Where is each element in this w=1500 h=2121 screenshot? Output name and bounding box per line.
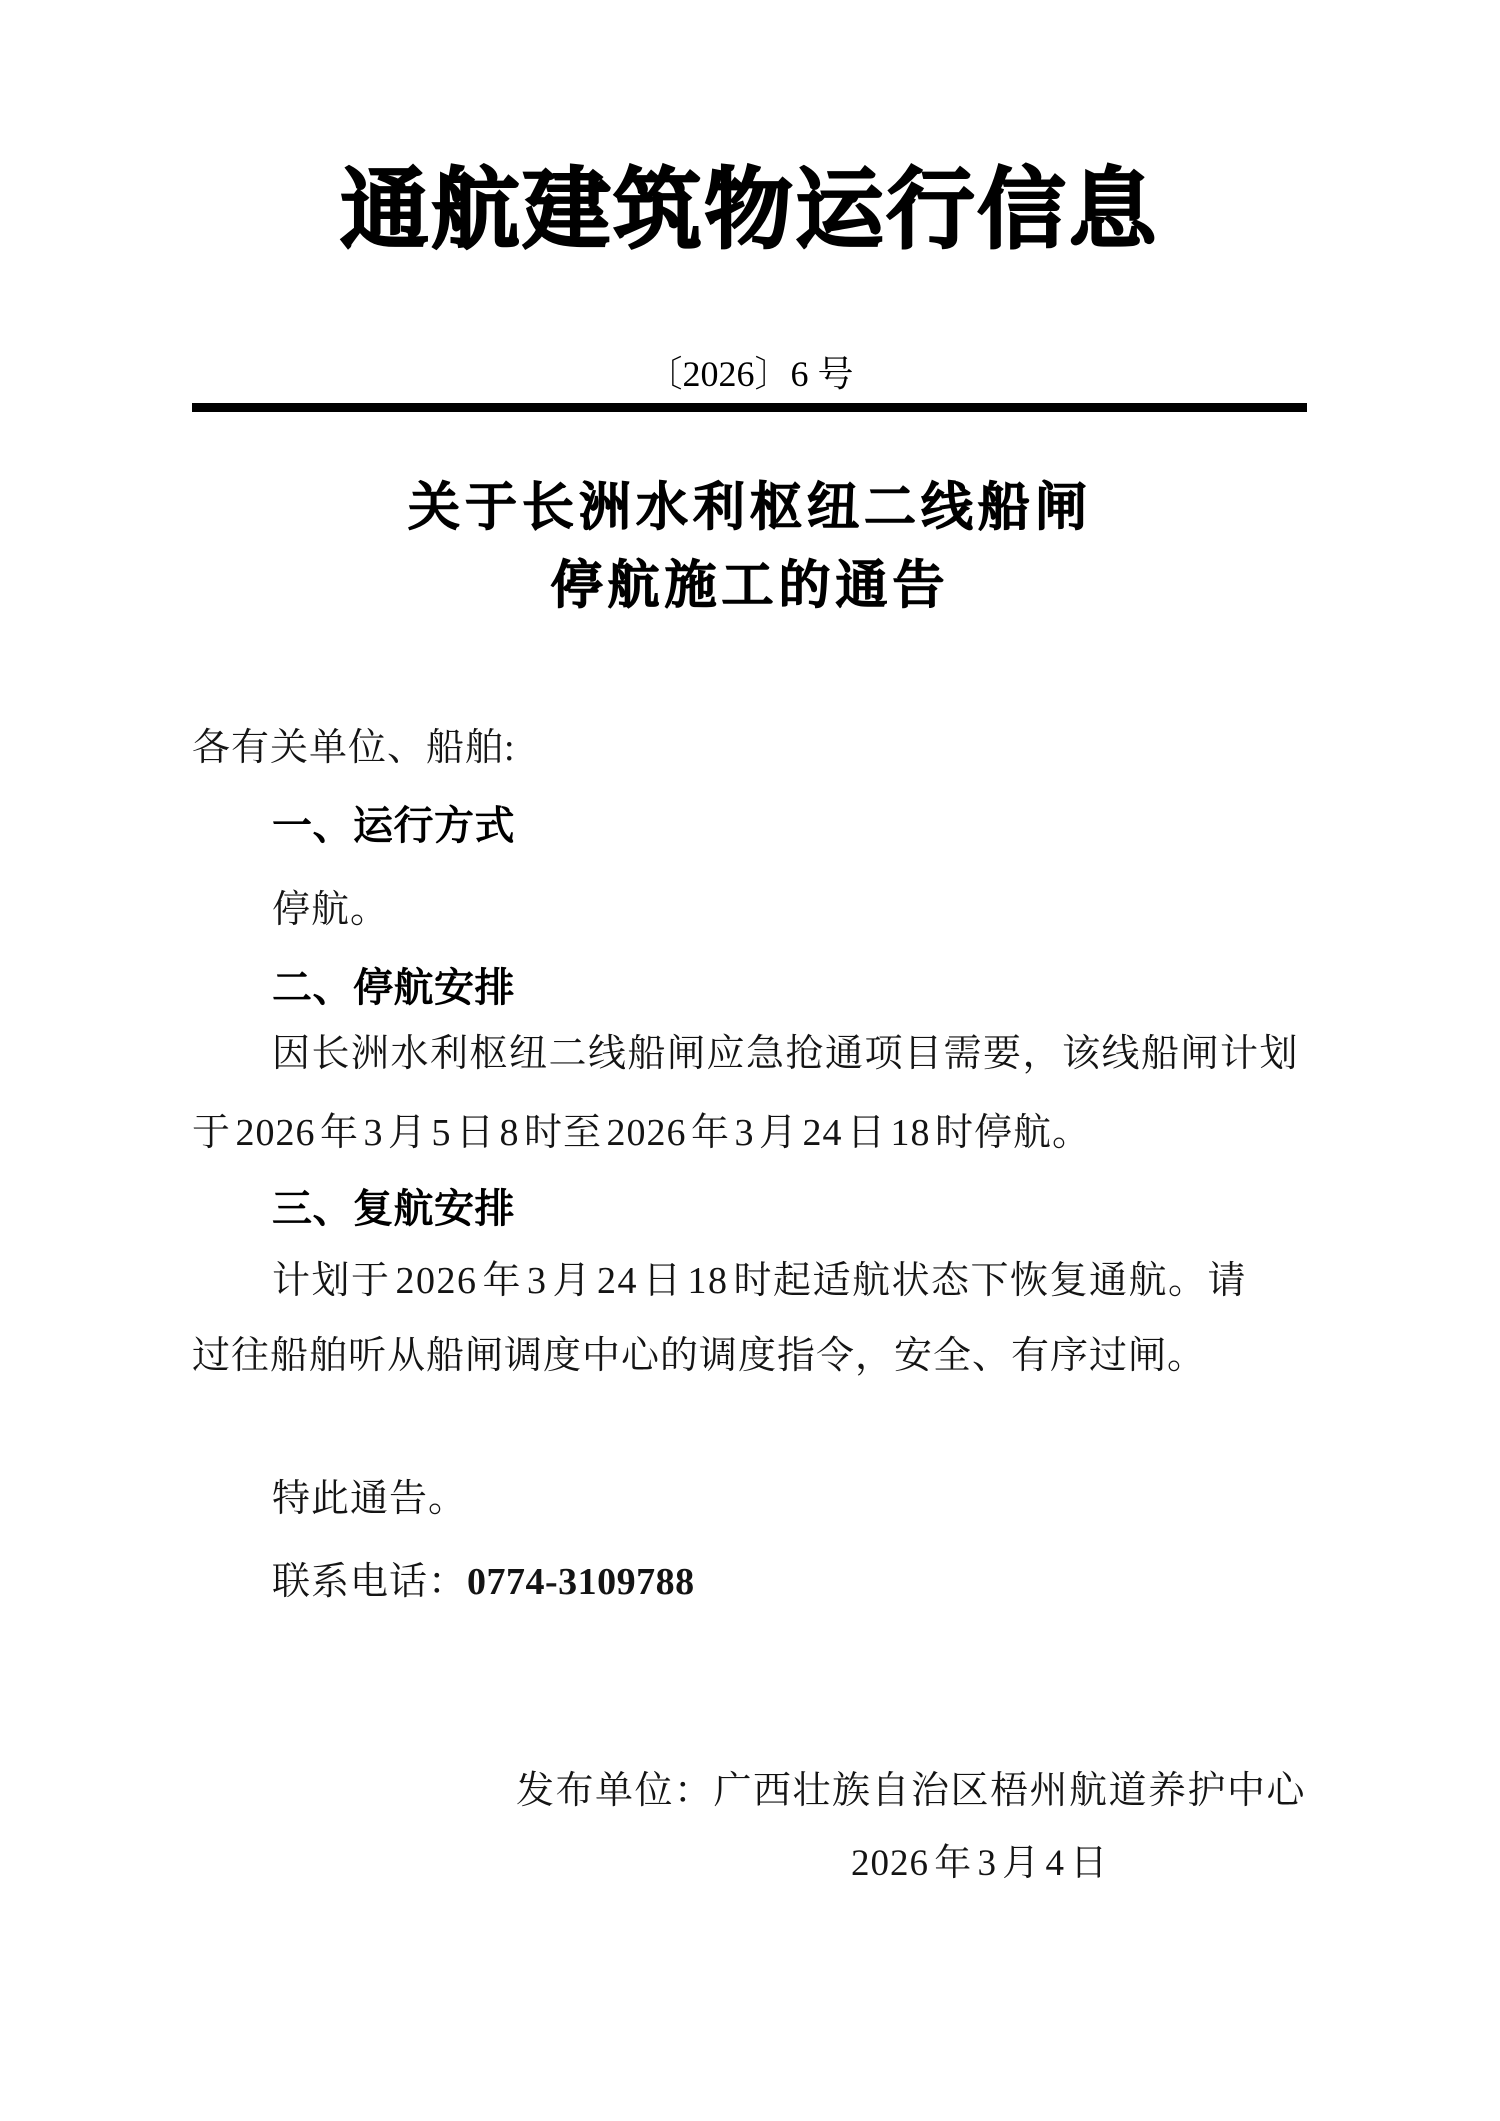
masthead-separator-rule	[192, 403, 1307, 412]
contact-phone-number: 0774-3109788	[467, 1561, 695, 1603]
salutation-line: 各有关单位、船舶:	[192, 716, 1317, 771]
notice-title-line2: 停航施工的通告	[0, 548, 1500, 626]
section2-paragraph-line2: 于 2026 年 3 月 5 日 8 时至 2026 年 3 月 24 日 18…	[192, 1101, 1317, 1156]
publisher-line: 发布单位：广西壮族自治区梧州航道养护中心	[516, 1759, 1306, 1814]
section3-heading: 三、复航安排	[192, 1177, 1317, 1234]
section2-heading: 二、停航安排	[192, 956, 1317, 1013]
section3-paragraph-line1: 计划于 2026 年 3 月 24 日 18 时起适航状态下恢复通航。请	[192, 1249, 1317, 1304]
section1-text: 停航。	[192, 878, 1317, 933]
notice-document-page: 通航建筑物运行信息 〔2026〕6 号 关于长洲水利枢纽二线船闸 停航施工的通告…	[0, 0, 1500, 2121]
section2-paragraph-line1: 因长洲水利枢纽二线船闸应急抢通项目需要，该线船闸计划	[192, 1022, 1317, 1077]
document-issue-number: 〔2026〕6 号	[0, 346, 1500, 397]
section1-heading: 一、运行方式	[192, 794, 1317, 851]
contact-phone-line: 联系电话：0774-3109788	[192, 1550, 1317, 1605]
closing-statement: 特此通告。	[192, 1467, 1317, 1522]
notice-title-line1: 关于长洲水利枢纽二线船闸	[0, 470, 1500, 548]
notice-title: 关于长洲水利枢纽二线船闸 停航施工的通告	[0, 470, 1500, 626]
publish-date-line: 2026 年 3 月 4 日	[851, 1832, 1108, 1886]
section3-paragraph-line2: 过往船舶听从船闸调度中心的调度指令，安全、有序过闸。	[192, 1324, 1317, 1379]
contact-phone-label: 联系电话：	[272, 1561, 467, 1603]
document-masthead-title: 通航建筑物运行信息	[0, 140, 1500, 266]
